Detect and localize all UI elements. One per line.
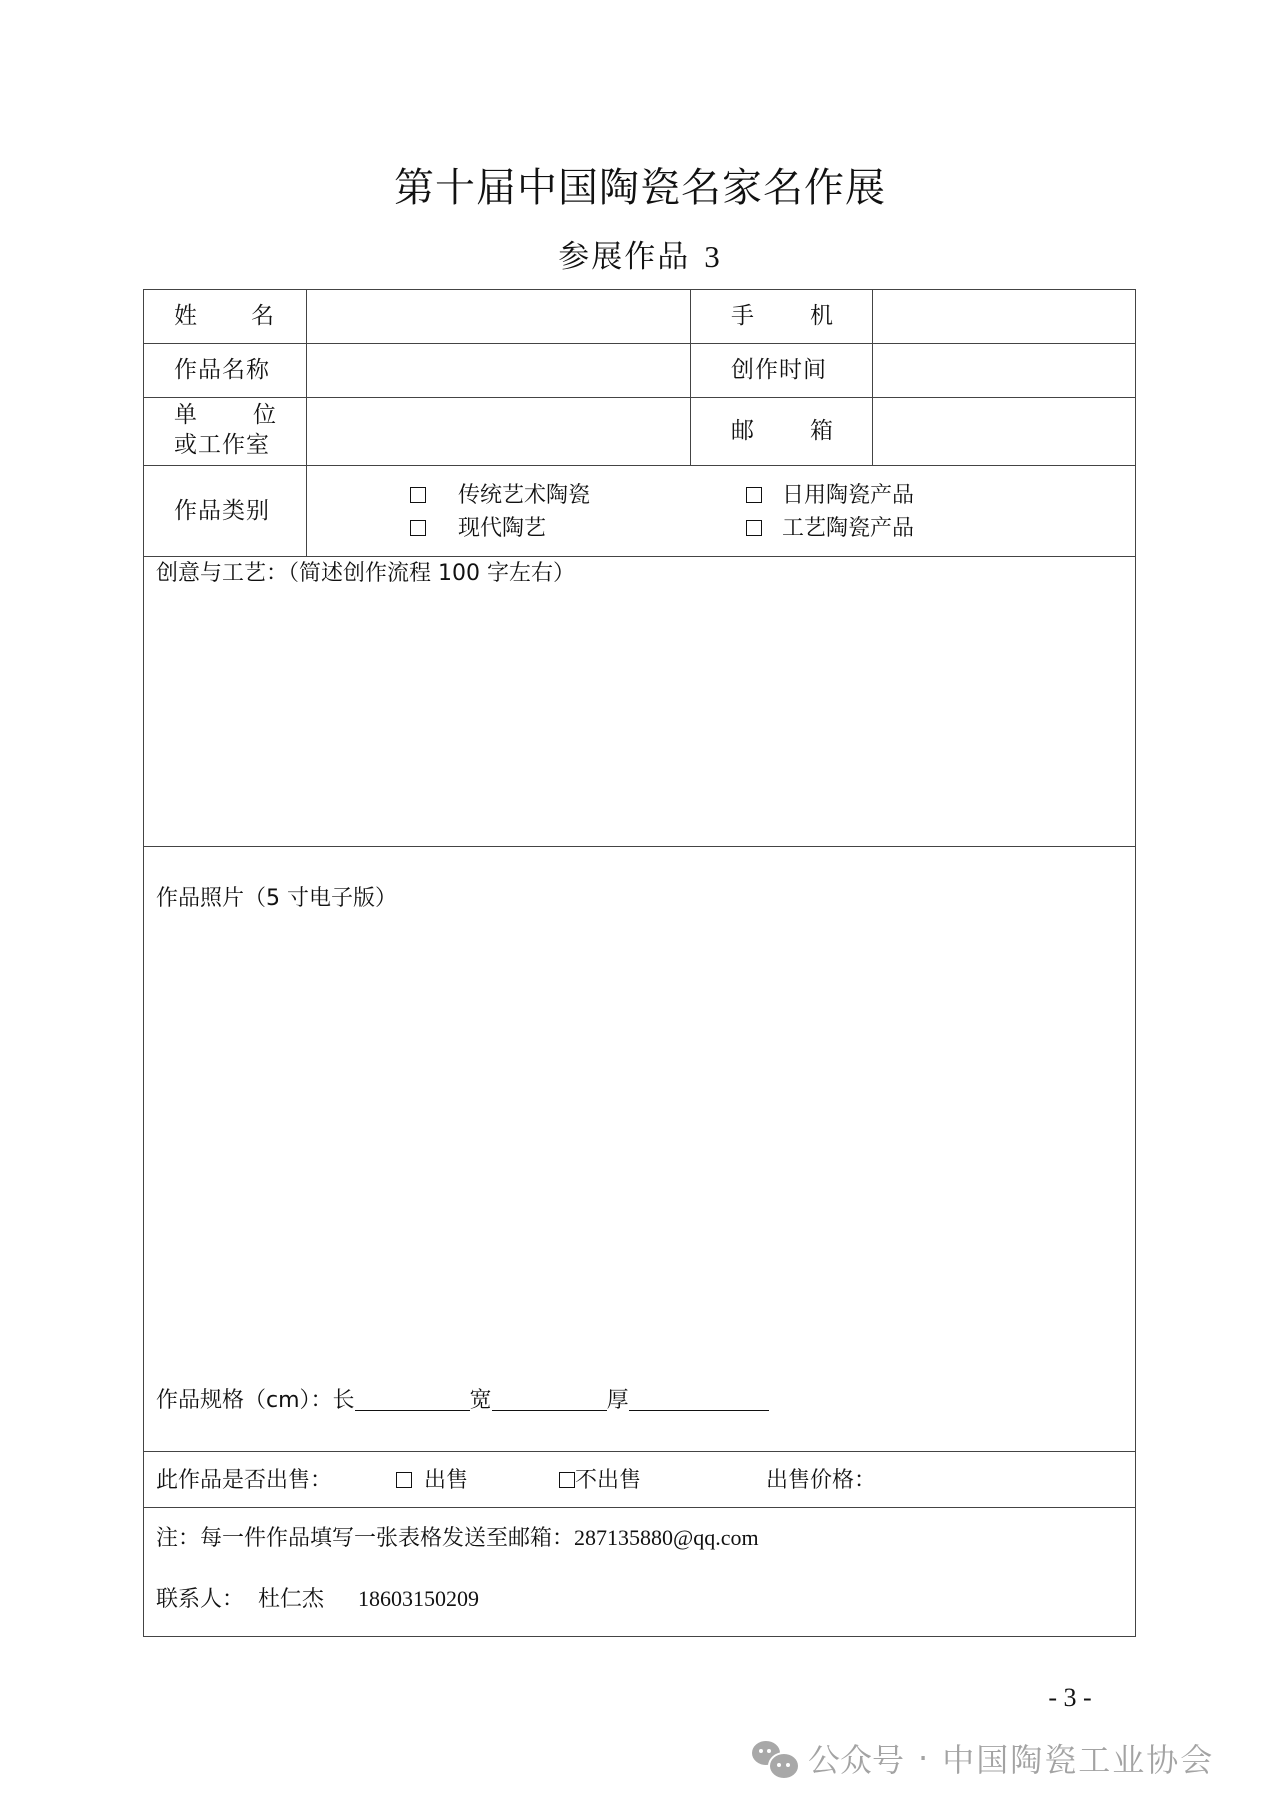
sale-label: 此作品是否出售： bbox=[156, 1466, 332, 1496]
entry-number: 3 bbox=[704, 239, 722, 274]
photo-label: 作品照片（5 寸电子版） bbox=[156, 884, 397, 914]
option-label: 不出售 bbox=[575, 1468, 641, 1493]
checkbox[interactable] bbox=[410, 520, 426, 536]
watermark-org: 中国陶瓷工业协会 bbox=[942, 1735, 1214, 1781]
email-field[interactable] bbox=[884, 416, 1124, 446]
label-char: 机 bbox=[810, 301, 833, 331]
label-char: 箱 bbox=[810, 416, 833, 446]
thickness-field[interactable] bbox=[629, 1388, 769, 1411]
thickness-label: 厚 bbox=[607, 1388, 629, 1413]
row-divider bbox=[144, 846, 1135, 847]
dimensions-line: 作品规格（cm）：长宽厚 bbox=[156, 1386, 769, 1416]
note-text: 注：每一件作品填写一张表格发送至邮箱： bbox=[156, 1526, 574, 1551]
label-char: 手 bbox=[731, 301, 754, 331]
label-char: 单 bbox=[174, 400, 197, 430]
contact-phone: 18603150209 bbox=[358, 1586, 479, 1611]
page-number: - 3 - bbox=[1030, 1682, 1110, 1714]
sale-option-not-sell[interactable]: 不出售 bbox=[559, 1466, 641, 1496]
width-field[interactable] bbox=[492, 1388, 607, 1411]
category-option-craft[interactable]: 工艺陶瓷产品 bbox=[746, 514, 914, 544]
length-field[interactable] bbox=[355, 1388, 470, 1411]
option-label: 出售 bbox=[424, 1468, 468, 1493]
creative-label: 创意与工艺：（简述创作流程 100 字左右） bbox=[156, 559, 575, 589]
row-divider bbox=[144, 1507, 1135, 1508]
category-option-traditional[interactable]: 传统艺术陶瓷 bbox=[410, 481, 590, 511]
entry-form-table: 姓 名 手 机 作品名称 创作时间 单 位 或工作室 邮 箱 作品类别 传统艺术… bbox=[143, 289, 1136, 1637]
creative-textarea[interactable] bbox=[154, 595, 1124, 835]
dimensions-label: 作品规格（cm）： bbox=[156, 1388, 333, 1413]
row-divider bbox=[144, 465, 1135, 466]
document-subtitle: 参展作品3 bbox=[0, 236, 1280, 278]
watermark-separator: · bbox=[918, 1739, 928, 1777]
sale-option-sell[interactable]: 出售 bbox=[396, 1466, 468, 1496]
subtitle-text: 参展作品 bbox=[558, 239, 690, 275]
note-line: 注：每一件作品填写一张表格发送至邮箱：287135880@qq.com bbox=[156, 1523, 759, 1554]
option-label: 现代陶艺 bbox=[458, 516, 546, 541]
watermark: 公众号 · 中国陶瓷工业协会 bbox=[752, 1736, 1214, 1780]
checkbox[interactable] bbox=[746, 520, 762, 536]
option-label: 日用陶瓷产品 bbox=[782, 483, 914, 508]
unit-field[interactable] bbox=[319, 416, 679, 446]
row-divider bbox=[144, 397, 1135, 398]
category-option-daily-use[interactable]: 日用陶瓷产品 bbox=[746, 481, 914, 511]
wechat-icon bbox=[752, 1739, 798, 1777]
width-label: 宽 bbox=[470, 1388, 492, 1413]
label-work-name: 作品名称 bbox=[174, 355, 284, 385]
row-divider bbox=[144, 1451, 1135, 1452]
label-char: 姓 bbox=[174, 301, 197, 331]
label-name: 姓 名 bbox=[174, 301, 274, 331]
label-unit: 单 位 bbox=[174, 400, 276, 430]
column-divider bbox=[690, 290, 691, 465]
contact-line: 联系人：杜仁杰18603150209 bbox=[156, 1584, 479, 1615]
label-studio: 或工作室 bbox=[174, 430, 276, 460]
checkbox[interactable] bbox=[410, 487, 426, 503]
sale-price-label: 出售价格： bbox=[766, 1466, 876, 1496]
column-divider bbox=[306, 290, 307, 556]
length-label: 长 bbox=[333, 1388, 355, 1413]
label-email: 邮 箱 bbox=[731, 416, 833, 446]
creative-hint: （简述创作流程 100 字左右） bbox=[288, 561, 575, 586]
option-label: 工艺陶瓷产品 bbox=[782, 516, 914, 541]
checkbox[interactable] bbox=[396, 1472, 412, 1488]
creation-time-field[interactable] bbox=[884, 355, 1124, 385]
contact-name: 杜仁杰 bbox=[258, 1587, 324, 1612]
option-label: 传统艺术陶瓷 bbox=[458, 483, 590, 508]
work-name-field[interactable] bbox=[319, 355, 679, 385]
phone-field[interactable] bbox=[884, 301, 1124, 331]
label-char: 位 bbox=[253, 400, 276, 430]
creative-title: 创意与工艺： bbox=[156, 561, 288, 586]
checkbox[interactable] bbox=[746, 487, 762, 503]
label-creation-time: 创作时间 bbox=[731, 355, 841, 385]
label-char: 名 bbox=[251, 301, 274, 331]
note-email: 287135880@qq.com bbox=[574, 1525, 759, 1550]
label-phone: 手 机 bbox=[731, 301, 833, 331]
document-title: 第十届中国陶瓷名家名作展 bbox=[0, 162, 1280, 214]
label-char: 邮 bbox=[731, 416, 754, 446]
label-category: 作品类别 bbox=[174, 496, 284, 526]
watermark-prefix: 公众号 bbox=[808, 1735, 904, 1781]
category-option-modern[interactable]: 现代陶艺 bbox=[410, 514, 546, 544]
checkbox[interactable] bbox=[559, 1472, 575, 1488]
column-divider bbox=[872, 290, 873, 465]
photo-upload-area[interactable] bbox=[154, 925, 1124, 1375]
label-unit-or-studio: 单 位 或工作室 bbox=[174, 400, 276, 460]
row-divider bbox=[144, 556, 1135, 557]
name-field[interactable] bbox=[319, 301, 679, 331]
row-divider bbox=[144, 343, 1135, 344]
contact-label: 联系人： bbox=[156, 1587, 244, 1612]
sale-price-field[interactable] bbox=[889, 1466, 1119, 1496]
